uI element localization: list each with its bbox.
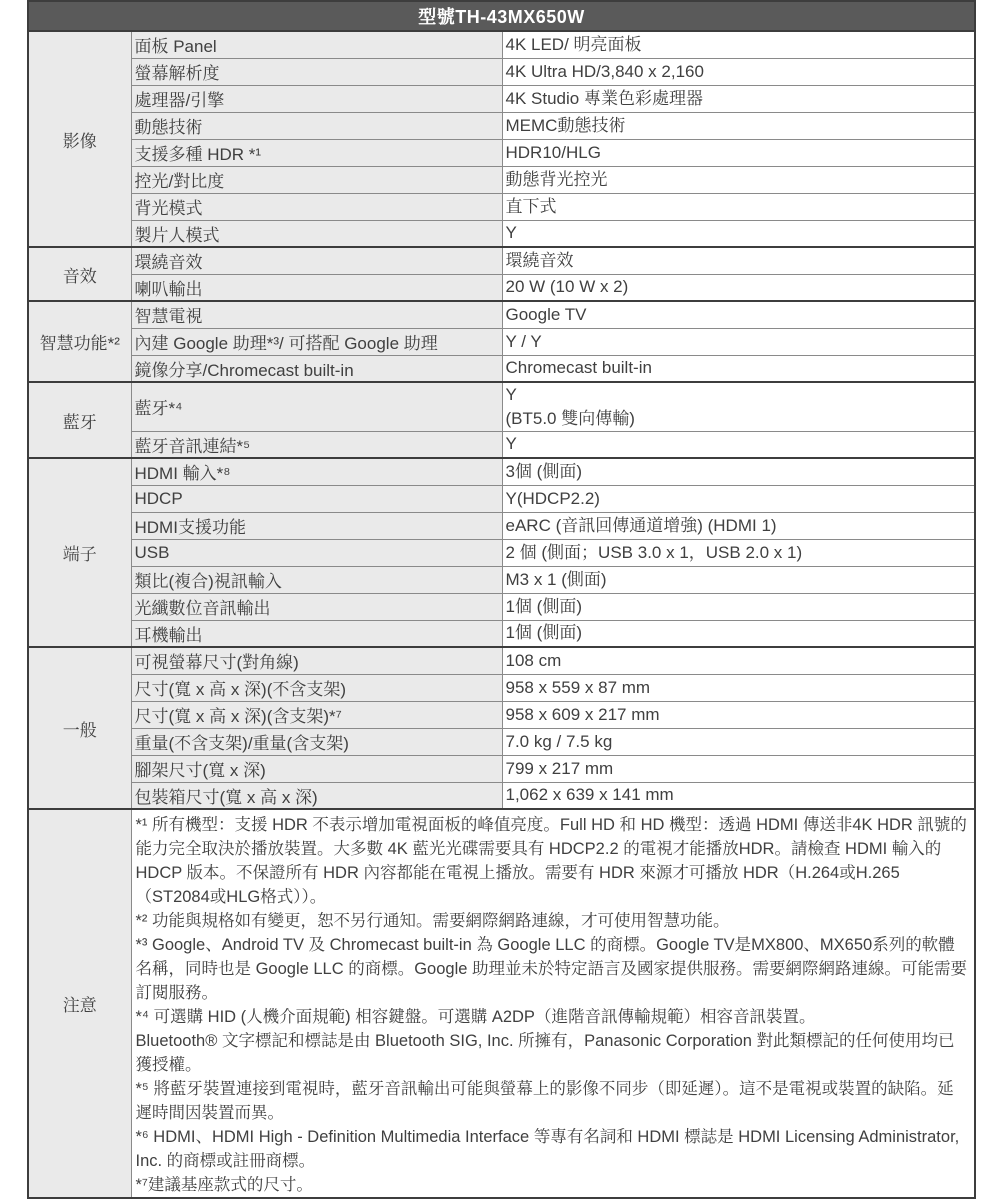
- spec-value: Y (BT5.0 雙向傳輸): [502, 382, 975, 431]
- note-paragraph: *⁵ 將藍牙裝置連接到電視時，藍牙音訊輸出可能與螢幕上的影像不同步（即延遲）。這…: [136, 1077, 971, 1125]
- spec-label: 喇叭輸出: [131, 274, 502, 301]
- spec-row: HDMI支援功能 eARC (音訊回傳通道增強) (HDMI 1): [28, 512, 975, 539]
- spec-row: HDCP Y(HDCP2.2): [28, 485, 975, 512]
- spec-value: 108 cm: [502, 647, 975, 674]
- note-paragraph: *⁶ HDMI、HDMI High - Definition Multimedi…: [136, 1125, 971, 1173]
- spec-value: Y: [502, 431, 975, 458]
- spec-table: 型號TH-43MX650W 影像 面板 Panel 4K LED/ 明亮面板 螢…: [27, 0, 976, 1199]
- spec-value: 3個 (側面): [502, 458, 975, 485]
- spec-value: Chromecast built-in: [502, 355, 975, 382]
- spec-label: HDCP: [131, 485, 502, 512]
- note-paragraph: *² 功能與規格如有變更，恕不另行通知。需要網際網路連線，才可使用智慧功能。: [136, 909, 971, 933]
- spec-label: 類比(複合)視訊輸入: [131, 566, 502, 593]
- spec-value: HDR10/HLG: [502, 139, 975, 166]
- category-cell-audio: 音效: [28, 247, 131, 301]
- category-cell-notes: 注意: [28, 809, 131, 1198]
- spec-value: 799 x 217 mm: [502, 755, 975, 782]
- note-paragraph: *¹ 所有機型：支援 HDR 不表示增加電視面板的峰值亮度。Full HD 和 …: [136, 813, 971, 909]
- note-paragraph: *³ Google、Android TV 及 Chromecast built-…: [136, 933, 971, 1005]
- notes-cell: *¹ 所有機型：支援 HDR 不表示增加電視面板的峰值亮度。Full HD 和 …: [131, 809, 975, 1198]
- spec-label: 處理器/引擎: [131, 85, 502, 112]
- spec-value: 7.0 kg / 7.5 kg: [502, 728, 975, 755]
- spec-row: 類比(複合)視訊輸入 M3 x 1 (側面): [28, 566, 975, 593]
- category-cell-general: 一般: [28, 647, 131, 809]
- spec-value: Y(HDCP2.2): [502, 485, 975, 512]
- note-paragraph: *⁴ 可選購 HID (人機介面規範) 相容鍵盤。可選購 A2DP（進階音訊傳輸…: [136, 1005, 971, 1029]
- category-cell-terminals: 端子: [28, 458, 131, 647]
- spec-value: Google TV: [502, 301, 975, 328]
- spec-label: 控光/對比度: [131, 166, 502, 193]
- spec-label: 包裝箱尺寸(寬 x 高 x 深): [131, 782, 502, 809]
- spec-row: 包裝箱尺寸(寬 x 高 x 深) 1,062 x 639 x 141 mm: [28, 782, 975, 809]
- spec-row: 尺寸(寬 x 高 x 深)(不含支架) 958 x 559 x 87 mm: [28, 674, 975, 701]
- spec-value: 1個 (側面): [502, 620, 975, 647]
- note-paragraph: *⁷建議基座款式的尺寸。: [136, 1173, 971, 1197]
- spec-row: 處理器/引擎 4K Studio 專業色彩處理器: [28, 85, 975, 112]
- spec-label: 重量(不含支架)/重量(含支架): [131, 728, 502, 755]
- spec-value: 2 個 (側面；USB 3.0 x 1，USB 2.0 x 1): [502, 539, 975, 566]
- spec-row: 內建 Google 助理*³/ 可搭配 Google 助理 Y / Y: [28, 328, 975, 355]
- spec-label: 尺寸(寬 x 高 x 深)(含支架)*⁷: [131, 701, 502, 728]
- spec-row: 背光模式 直下式: [28, 193, 975, 220]
- spec-row: USB 2 個 (側面；USB 3.0 x 1，USB 2.0 x 1): [28, 539, 975, 566]
- spec-row: 一般 可視螢幕尺寸(對角線) 108 cm: [28, 647, 975, 674]
- spec-label: 內建 Google 助理*³/ 可搭配 Google 助理: [131, 328, 502, 355]
- spec-value: 4K Ultra HD/3,840 x 2,160: [502, 58, 975, 85]
- spec-row: 光纖數位音訊輸出 1個 (側面): [28, 593, 975, 620]
- spec-label: 螢幕解析度: [131, 58, 502, 85]
- spec-label: 動態技術: [131, 112, 502, 139]
- spec-row: 端子 HDMI 輸入*⁸ 3個 (側面): [28, 458, 975, 485]
- spec-value: 1,062 x 639 x 141 mm: [502, 782, 975, 809]
- spec-value: eARC (音訊回傳通道增強) (HDMI 1): [502, 512, 975, 539]
- spec-label: 藍牙音訊連結*⁵: [131, 431, 502, 458]
- note-paragraph: Bluetooth® 文字標記和標誌是由 Bluetooth SIG, Inc.…: [136, 1029, 971, 1077]
- spec-row: 藍牙音訊連結*⁵ Y: [28, 431, 975, 458]
- spec-value: 1個 (側面): [502, 593, 975, 620]
- spec-row: 影像 面板 Panel 4K LED/ 明亮面板: [28, 31, 975, 58]
- spec-label: HDMI 輸入*⁸: [131, 458, 502, 485]
- spec-label: 光纖數位音訊輸出: [131, 593, 502, 620]
- spec-row: 控光/對比度 動態背光控光: [28, 166, 975, 193]
- spec-label: 製片人模式: [131, 220, 502, 247]
- spec-label: 環繞音效: [131, 247, 502, 274]
- spec-value: Y / Y: [502, 328, 975, 355]
- spec-row: 螢幕解析度 4K Ultra HD/3,840 x 2,160: [28, 58, 975, 85]
- spec-label: 尺寸(寬 x 高 x 深)(不含支架): [131, 674, 502, 701]
- spec-value: 直下式: [502, 193, 975, 220]
- spec-label: HDMI支援功能: [131, 512, 502, 539]
- spec-label: 面板 Panel: [131, 31, 502, 58]
- spec-label: 耳機輸出: [131, 620, 502, 647]
- spec-label: 支援多種 HDR *¹: [131, 139, 502, 166]
- spec-row: 喇叭輸出 20 W (10 W x 2): [28, 274, 975, 301]
- spec-row: 尺寸(寬 x 高 x 深)(含支架)*⁷ 958 x 609 x 217 mm: [28, 701, 975, 728]
- spec-label: 智慧電視: [131, 301, 502, 328]
- spec-row: 智慧功能*² 智慧電視 Google TV: [28, 301, 975, 328]
- spec-value: 958 x 609 x 217 mm: [502, 701, 975, 728]
- spec-row: 耳機輸出 1個 (側面): [28, 620, 975, 647]
- spec-row: 音效 環繞音效 環繞音效: [28, 247, 975, 274]
- spec-row: 腳架尺寸(寬 x 深) 799 x 217 mm: [28, 755, 975, 782]
- spec-label: 藍牙*⁴: [131, 382, 502, 431]
- spec-value: 4K Studio 專業色彩處理器: [502, 85, 975, 112]
- spec-value: 動態背光控光: [502, 166, 975, 193]
- category-cell-video: 影像: [28, 31, 131, 247]
- spec-row: 鏡像分享/Chromecast built-in Chromecast buil…: [28, 355, 975, 382]
- spec-label: 腳架尺寸(寬 x 深): [131, 755, 502, 782]
- spec-label: 背光模式: [131, 193, 502, 220]
- model-title: 型號TH-43MX650W: [28, 1, 975, 31]
- spec-value: MEMC動態技術: [502, 112, 975, 139]
- spec-row: 重量(不含支架)/重量(含支架) 7.0 kg / 7.5 kg: [28, 728, 975, 755]
- spec-row: 藍牙 藍牙*⁴ Y (BT5.0 雙向傳輸): [28, 382, 975, 431]
- spec-value: 20 W (10 W x 2): [502, 274, 975, 301]
- spec-value: Y: [502, 220, 975, 247]
- spec-label: USB: [131, 539, 502, 566]
- category-cell-smart: 智慧功能*²: [28, 301, 131, 382]
- model-header-row: 型號TH-43MX650W: [28, 1, 975, 31]
- spec-value: 4K LED/ 明亮面板: [502, 31, 975, 58]
- category-cell-bluetooth: 藍牙: [28, 382, 131, 458]
- spec-label: 可視螢幕尺寸(對角線): [131, 647, 502, 674]
- spec-value: 環繞音效: [502, 247, 975, 274]
- spec-row: 動態技術 MEMC動態技術: [28, 112, 975, 139]
- spec-value: 958 x 559 x 87 mm: [502, 674, 975, 701]
- spec-label: 鏡像分享/Chromecast built-in: [131, 355, 502, 382]
- notes-row: 注意 *¹ 所有機型：支援 HDR 不表示增加電視面板的峰值亮度。Full HD…: [28, 809, 975, 1198]
- spec-row: 支援多種 HDR *¹ HDR10/HLG: [28, 139, 975, 166]
- spec-row: 製片人模式 Y: [28, 220, 975, 247]
- spec-value: M3 x 1 (側面): [502, 566, 975, 593]
